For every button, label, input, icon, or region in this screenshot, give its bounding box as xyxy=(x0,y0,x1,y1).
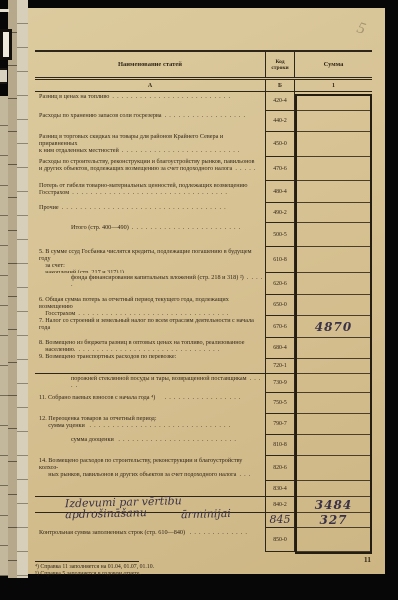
row-code: 670-6 xyxy=(273,324,287,330)
row-code-cell: 845 xyxy=(265,513,295,528)
handwritten-code: 845 xyxy=(270,513,291,526)
row-label-cell: ārminijai xyxy=(35,513,265,528)
page-stack-ruled-edge xyxy=(0,96,8,576)
page-number: 11 xyxy=(364,555,371,564)
row-code-cell: 810-8 xyxy=(265,435,295,456)
row-sum-cell: 4870 xyxy=(295,316,372,338)
row-code-cell: 610-8 xyxy=(265,247,295,273)
row-sum-cell xyxy=(295,223,372,247)
row-sum-cell xyxy=(295,528,372,552)
row-label: 12. Переоценка товаров за отчетный перио… xyxy=(39,415,263,429)
row-label: сумма дооценки . . . . . . . . . . . . .… xyxy=(71,436,263,443)
handwritten-sum: 3484 xyxy=(315,498,352,512)
footnotes: ⁴) Справка 11 заполняется на 01.04, 01.0… xyxy=(35,561,355,578)
row-label-cell: 5. В сумме ссуд Госбанка числятся кредит… xyxy=(35,247,265,273)
row-code-cell: 650-0 xyxy=(265,295,295,316)
row-label-cell: 6. Общая сумма потерь за отчетный период… xyxy=(35,295,265,316)
row-label-cell: Разниц в торговых скидках на товары для … xyxy=(35,132,265,157)
row-sum-cell: 327 xyxy=(295,513,372,528)
row-code: 610-8 xyxy=(273,257,287,263)
row-label-cell: 11. Собрано паевых взносов с начала года… xyxy=(35,393,265,414)
row-code-cell: 500-5 xyxy=(265,223,295,247)
scanned-document: 5 Наименование статей Код строки Сумма А… xyxy=(0,0,398,600)
row-code-cell: 850-0 xyxy=(265,528,295,552)
row-code-cell: 820-6 xyxy=(265,456,295,481)
table-row: 5. В сумме ссуд Госбанка числятся кредит… xyxy=(35,247,372,273)
row-label: 6. Общая сумма потерь за отчетный период… xyxy=(39,296,263,316)
table-row: 7. Налог со строений и земельный налог п… xyxy=(35,316,372,338)
row-label: Прочие . . . . . . . . . . . . . . . . .… xyxy=(39,204,263,211)
form-page: 5 Наименование статей Код строки Сумма А… xyxy=(28,8,385,574)
row-sum-cell xyxy=(295,481,372,497)
row-label-cell: порожней стеклянной посуды и тары, возвр… xyxy=(35,374,265,393)
footnote-2: ⁵) Справка 5 заполняется в годовом отчет… xyxy=(35,571,355,578)
row-sum-cell: 3484 xyxy=(295,497,372,513)
row-code-cell: 450-0 xyxy=(265,132,295,157)
row-sum-cell xyxy=(295,273,372,295)
row-label: 8. Возмещено из бюджета разниц в оптовых… xyxy=(39,339,263,359)
row-code: 730-9 xyxy=(273,380,287,386)
row-label: Потерь от гибели товарно-материальных це… xyxy=(39,182,263,196)
row-label-cell xyxy=(35,359,265,374)
row-code: 810-8 xyxy=(273,442,287,448)
row-code: 440-2 xyxy=(273,118,287,124)
pencil-page-mark: 5 xyxy=(354,19,367,39)
row-code: 480-4 xyxy=(273,189,287,195)
row-sum-cell xyxy=(295,157,372,181)
table-row: Расходы по строительству, реконструкции … xyxy=(35,157,372,181)
row-label-cell: Расходы по строительству, реконструкции … xyxy=(35,157,265,181)
row-code: 820-6 xyxy=(273,465,287,471)
row-sum-cell xyxy=(295,295,372,316)
table-row: 720-1 xyxy=(35,359,372,374)
table-row: 6. Общая сумма потерь за отчетный период… xyxy=(35,295,372,316)
row-code-cell: 470-6 xyxy=(265,157,295,181)
row-sum-cell xyxy=(295,247,372,273)
row-code: 470-6 xyxy=(273,166,287,172)
row-code: 420-4 xyxy=(273,98,287,104)
page-stack-edge-outer xyxy=(8,0,17,578)
handwritten-sum: 327 xyxy=(319,513,347,527)
row-code: 500-5 xyxy=(273,232,287,238)
row-code-cell: 680-4 xyxy=(265,338,295,359)
row-code: 850-0 xyxy=(273,537,287,543)
table-row: Потерь от гибели товарно-материальных це… xyxy=(35,181,372,203)
row-label: 14. Возмещено расходов по строительству,… xyxy=(39,457,263,478)
table-row: порожней стеклянной посуды и тары, возвр… xyxy=(35,374,372,393)
row-sum-cell xyxy=(295,92,372,111)
row-code: 720-1 xyxy=(273,363,287,369)
row-label: Разниц в ценах на топливо . . . . . . . … xyxy=(39,93,263,100)
row-label: фонда финансирования капитальных вложени… xyxy=(71,274,263,288)
row-label-cell: 12. Переоценка товаров за отчетный перио… xyxy=(35,414,265,435)
row-code-cell: 840-2 xyxy=(265,497,295,513)
row-sum-cell xyxy=(295,111,372,132)
table-row: 12. Переоценка товаров за отчетный перио… xyxy=(35,414,372,435)
row-sum-cell xyxy=(295,456,372,481)
footnote-1: ⁴) Справка 11 заполняется на 01.04, 01.0… xyxy=(35,564,355,571)
table-row: 11. Собрано паевых взносов с начала года… xyxy=(35,393,372,414)
row-label-cell: фонда финансирования капитальных вложени… xyxy=(35,273,265,295)
row-code: 490-2 xyxy=(273,210,287,216)
row-sum-cell xyxy=(295,414,372,435)
page-edge-mark-2 xyxy=(0,68,7,84)
row-label-cell: 8. Возмещено из бюджета разниц в оптовых… xyxy=(35,338,265,359)
row-label: 7. Налог со строений и земельный налог п… xyxy=(39,317,263,331)
row-sum-cell xyxy=(295,374,372,393)
table-row: 14. Возмещено расходов по строительству,… xyxy=(35,456,372,481)
table-row: Разниц в ценах на топливо . . . . . . . … xyxy=(35,92,372,111)
row-label-cell: Разниц в ценах на топливо . . . . . . . … xyxy=(35,92,265,111)
row-sum-cell xyxy=(295,181,372,203)
row-label: 5. В сумме ссуд Госбанка числятся кредит… xyxy=(39,248,263,273)
row-sum-cell xyxy=(295,203,372,223)
header-code-column: Код строки xyxy=(265,52,295,77)
table-row: ārminijai845327 xyxy=(35,513,372,528)
row-label: Итого (стр. 400—490) . . . . . . . . . .… xyxy=(71,224,263,231)
row-code: 750-5 xyxy=(273,400,287,406)
row-sum-cell xyxy=(295,393,372,414)
row-code: 790-7 xyxy=(273,421,287,427)
table-row: фонда финансирования капитальных вложени… xyxy=(35,273,372,295)
table-subheader-row: А Б 1 xyxy=(35,79,372,92)
row-label: Контрольная сумма заполненных строк (стр… xyxy=(39,529,263,536)
form-table: Наименование статей Код строки Сумма А Б… xyxy=(35,50,372,552)
row-label-cell: Прочие . . . . . . . . . . . . . . . . .… xyxy=(35,203,265,223)
row-sum-cell xyxy=(295,359,372,374)
row-label-cell: 14. Возмещено расходов по строительству,… xyxy=(35,456,265,481)
subheader-b: Б xyxy=(265,80,295,91)
row-sum-cell xyxy=(295,132,372,157)
row-label-cell: сумма дооценки . . . . . . . . . . . . .… xyxy=(35,435,265,456)
row-code-cell: 670-6 xyxy=(265,316,295,338)
row-code-cell: 750-5 xyxy=(265,393,295,414)
row-code: 840-2 xyxy=(273,502,287,508)
row-label: Расходы по хранению запасов соли госрезе… xyxy=(39,112,263,119)
row-code-cell: 720-1 xyxy=(265,359,295,374)
table-row: Прочие . . . . . . . . . . . . . . . . .… xyxy=(35,203,372,223)
row-code-cell: 440-2 xyxy=(265,111,295,132)
row-code-cell: 490-2 xyxy=(265,203,295,223)
row-label: 11. Собрано паевых взносов с начала года… xyxy=(39,394,263,401)
table-row: Расходы по хранению запасов соли госрезе… xyxy=(35,111,372,132)
table-row: 8. Возмещено из бюджета разниц в оптовых… xyxy=(35,338,372,359)
row-label: Расходы по строительству, реконструкции … xyxy=(39,158,263,172)
table-body: Разниц в ценах на топливо . . . . . . . … xyxy=(35,92,372,552)
subheader-1: 1 xyxy=(295,80,372,91)
handwritten-sum: 4870 xyxy=(315,320,352,334)
row-sum-cell xyxy=(295,435,372,456)
row-sum-cell xyxy=(295,338,372,359)
row-code-cell: 830-4 xyxy=(265,481,295,497)
subheader-a: А xyxy=(35,80,265,91)
header-name-column: Наименование статей xyxy=(35,52,265,77)
row-code-cell: 620-6 xyxy=(265,273,295,295)
table-row: Контрольная сумма заполненных строк (стр… xyxy=(35,528,372,552)
table-row: Итого (стр. 400—490) . . . . . . . . . .… xyxy=(35,223,372,247)
row-label: Разниц в торговых скидках на товары для … xyxy=(39,133,263,154)
header-sum-column: Сумма xyxy=(295,52,372,77)
row-code: 680-4 xyxy=(273,345,287,351)
row-code: 650-0 xyxy=(273,302,287,308)
row-label-cell: Итого (стр. 400—490) . . . . . . . . . .… xyxy=(35,223,265,247)
row-code: 450-0 xyxy=(273,141,287,147)
row-label-cell: Расходы по хранению запасов соли госрезе… xyxy=(35,111,265,132)
row-label-cell: Потерь от гибели товарно-материальных це… xyxy=(35,181,265,203)
underlying-table-fragment xyxy=(0,29,12,60)
table-header-row: Наименование статей Код строки Сумма xyxy=(35,52,372,78)
row-label: порожней стеклянной посуды и тары, возвр… xyxy=(71,375,263,389)
row-code: 620-6 xyxy=(273,281,287,287)
row-code: 830-4 xyxy=(273,486,287,492)
page-stack-edge-inner xyxy=(17,0,28,578)
page-edge-mark xyxy=(0,9,9,12)
table-row: Разниц в торговых скидках на товары для … xyxy=(35,132,372,157)
footnote-rule xyxy=(35,561,139,562)
row-code-cell: 480-4 xyxy=(265,181,295,203)
row-code-cell: 790-7 xyxy=(265,414,295,435)
row-label-cell: Контрольная сумма заполненных строк (стр… xyxy=(35,528,265,552)
row-label-cell: 7. Налог со строений и земельный налог п… xyxy=(35,316,265,338)
row-code-cell: 420-4 xyxy=(265,92,295,111)
row-code-cell: 730-9 xyxy=(265,374,295,393)
table-row: сумма дооценки . . . . . . . . . . . . .… xyxy=(35,435,372,456)
